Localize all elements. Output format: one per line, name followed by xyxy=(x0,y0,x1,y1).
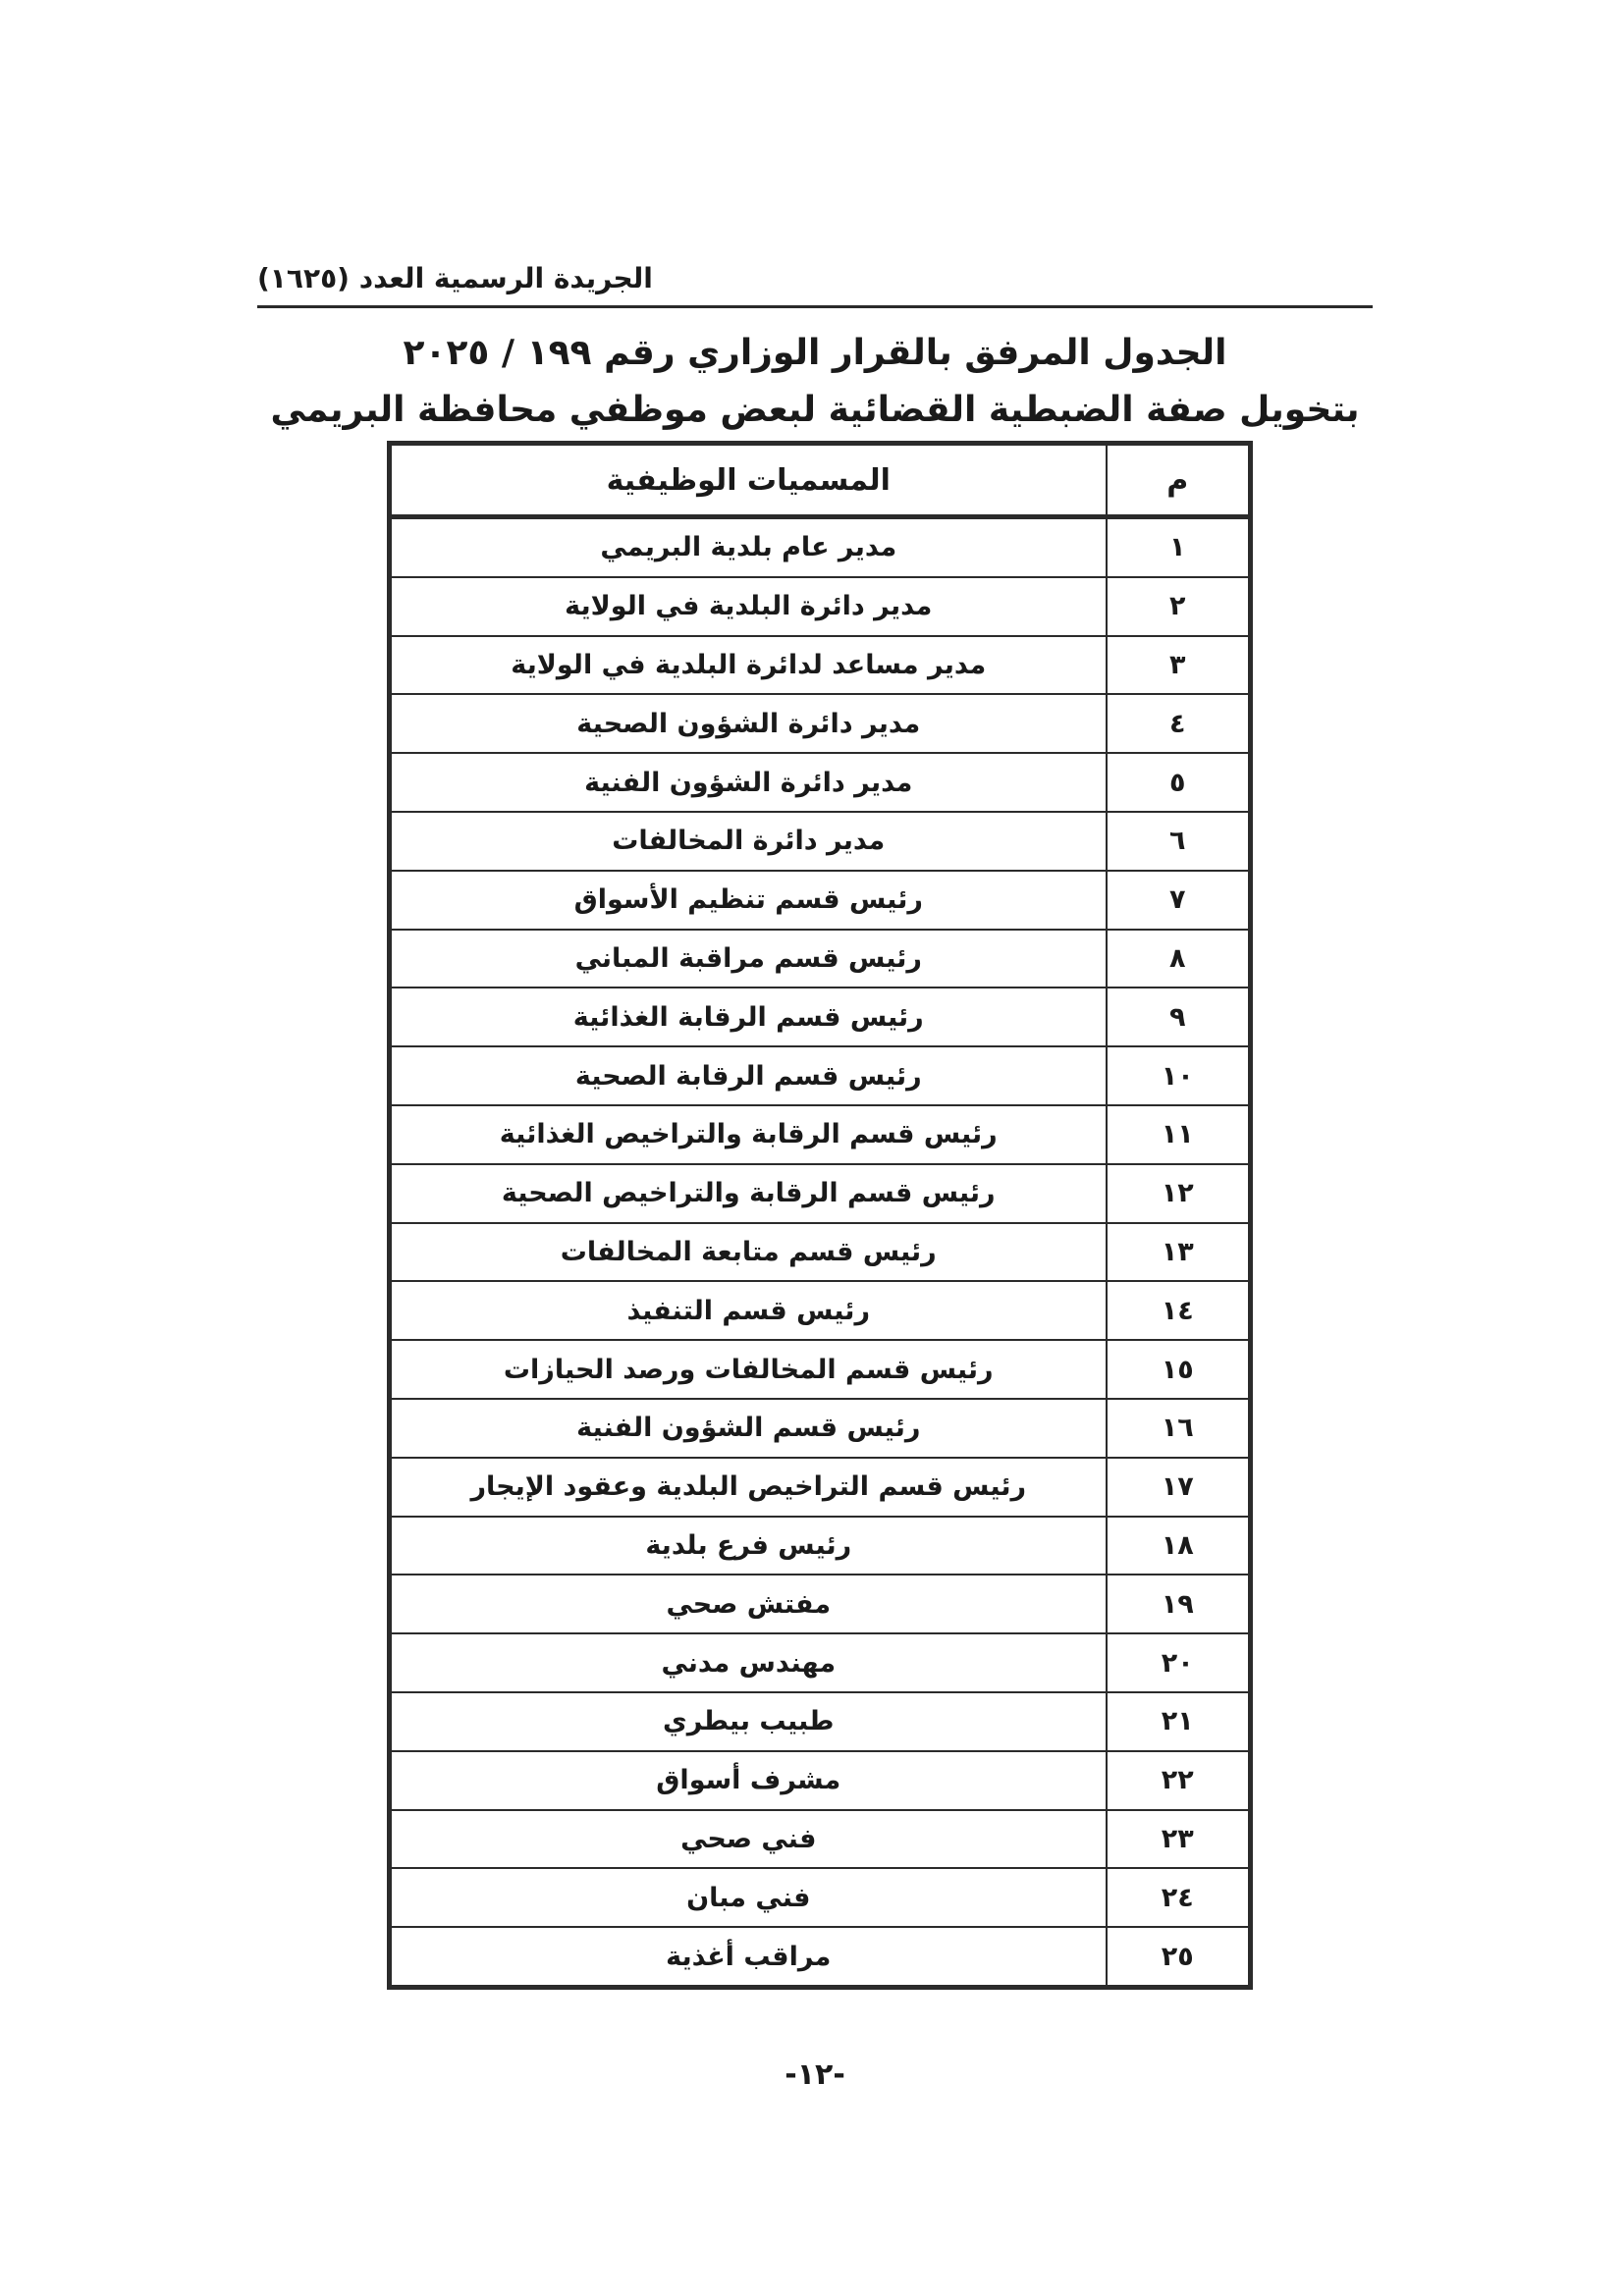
table-row: ٧رئيس قسم تنظيم الأسواق xyxy=(390,871,1251,930)
page-number: -١٢- xyxy=(257,2054,1373,2097)
row-number: ١١ xyxy=(1107,1105,1251,1164)
row-number: ٢٤ xyxy=(1107,1868,1251,1927)
table-row: ١٠رئيس قسم الرقابة الصحية xyxy=(390,1046,1251,1105)
job-titles-table-container: م المسميات الوظيفية ١مدير عام بلدية البر… xyxy=(392,441,1253,1990)
row-number: ٧ xyxy=(1107,871,1251,930)
table-row: ١٧رئيس قسم التراخيص البلدية وعقود الإيجا… xyxy=(390,1458,1251,1517)
row-number: ١٥ xyxy=(1107,1340,1251,1399)
row-job-title: رئيس فرع بلدية xyxy=(390,1517,1107,1575)
row-job-title: مدير دائرة المخالفات xyxy=(390,812,1107,871)
row-number: ١٢ xyxy=(1107,1164,1251,1223)
row-number: ٢ xyxy=(1107,577,1251,636)
row-number: ٢٥ xyxy=(1107,1927,1251,1987)
table-row: ١٦رئيس قسم الشؤون الفنية xyxy=(390,1399,1251,1458)
row-number: ١٨ xyxy=(1107,1517,1251,1575)
row-job-title: مهندس مدني xyxy=(390,1633,1107,1692)
row-job-title: رئيس قسم الشؤون الفنية xyxy=(390,1399,1107,1458)
row-job-title: رئيس قسم التراخيص البلدية وعقود الإيجار xyxy=(390,1458,1107,1517)
header-rule xyxy=(257,305,1373,308)
table-row: ٨رئيس قسم مراقبة المباني xyxy=(390,930,1251,988)
table-row: ٦مدير دائرة المخالفات xyxy=(390,812,1251,871)
document-title-line-1: الجدول المرفق بالقرار الوزاري رقم ١٩٩ / … xyxy=(257,326,1373,381)
document-title-line-2: بتخويل صفة الضبطية القضائية لبعض موظفي م… xyxy=(257,383,1373,438)
page-header: الجريدة الرسمية العدد (١٦٢٥) xyxy=(257,257,1373,308)
row-number: ١٣ xyxy=(1107,1223,1251,1282)
table-row: ٢٤فني مبان xyxy=(390,1868,1251,1927)
column-header-number: م xyxy=(1107,444,1251,517)
table-row: ١٩مفتش صحي xyxy=(390,1575,1251,1633)
row-job-title: رئيس قسم التنفيذ xyxy=(390,1281,1107,1340)
table-row: ٣مدير مساعد لدائرة البلدية في الولاية xyxy=(390,636,1251,695)
row-job-title: فني مبان xyxy=(390,1868,1107,1927)
table-row: ١٤رئيس قسم التنفيذ xyxy=(390,1281,1251,1340)
gazette-title: الجريدة الرسمية العدد (١٦٢٥) xyxy=(257,257,653,300)
table-header-row: م المسميات الوظيفية xyxy=(390,444,1251,517)
row-number: ١٤ xyxy=(1107,1281,1251,1340)
table-row: ٢١طبيب بيطري xyxy=(390,1692,1251,1751)
row-job-title: رئيس قسم الرقابة والتراخيص الغذائية xyxy=(390,1105,1107,1164)
row-number: ٩ xyxy=(1107,988,1251,1046)
row-number: ٢١ xyxy=(1107,1692,1251,1751)
table-row: ٥مدير دائرة الشؤون الفنية xyxy=(390,753,1251,812)
table-row: ٢٣فني صحي xyxy=(390,1810,1251,1869)
row-number: ٢٣ xyxy=(1107,1810,1251,1869)
row-job-title: مدير دائرة الشؤون الصحية xyxy=(390,694,1107,753)
row-number: ١ xyxy=(1107,517,1251,577)
row-job-title: مراقب أغذية xyxy=(390,1927,1107,1987)
table-row: ٢٢مشرف أسواق xyxy=(390,1751,1251,1810)
row-job-title: رئيس قسم الرقابة الصحية xyxy=(390,1046,1107,1105)
row-number: ٤ xyxy=(1107,694,1251,753)
column-header-job-title: المسميات الوظيفية xyxy=(390,444,1107,517)
row-number: ١٦ xyxy=(1107,1399,1251,1458)
table-row: ١٨رئيس فرع بلدية xyxy=(390,1517,1251,1575)
row-number: ١٠ xyxy=(1107,1046,1251,1105)
job-titles-table: م المسميات الوظيفية ١مدير عام بلدية البر… xyxy=(387,441,1253,1990)
row-number: ٥ xyxy=(1107,753,1251,812)
row-number: ٣ xyxy=(1107,636,1251,695)
table-row: ٢٥مراقب أغذية xyxy=(390,1927,1251,1987)
row-number: ١٧ xyxy=(1107,1458,1251,1517)
row-job-title: مدير عام بلدية البريمي xyxy=(390,517,1107,577)
row-number: ٨ xyxy=(1107,930,1251,988)
table-row: ١٥رئيس قسم المخالفات ورصد الحيازات xyxy=(390,1340,1251,1399)
row-job-title: مدير مساعد لدائرة البلدية في الولاية xyxy=(390,636,1107,695)
row-job-title: رئيس قسم مراقبة المباني xyxy=(390,930,1107,988)
row-number: ٢٠ xyxy=(1107,1633,1251,1692)
row-job-title: مفتش صحي xyxy=(390,1575,1107,1633)
table-row: ١مدير عام بلدية البريمي xyxy=(390,517,1251,577)
row-job-title: رئيس قسم تنظيم الأسواق xyxy=(390,871,1107,930)
table-row: ١١رئيس قسم الرقابة والتراخيص الغذائية xyxy=(390,1105,1251,1164)
table-body: ١مدير عام بلدية البريمي٢مدير دائرة البلد… xyxy=(390,517,1251,1988)
row-job-title: مدير دائرة الشؤون الفنية xyxy=(390,753,1107,812)
table-row: ٢٠مهندس مدني xyxy=(390,1633,1251,1692)
row-number: ١٩ xyxy=(1107,1575,1251,1633)
row-number: ٦ xyxy=(1107,812,1251,871)
row-job-title: فني صحي xyxy=(390,1810,1107,1869)
table-row: ٢مدير دائرة البلدية في الولاية xyxy=(390,577,1251,636)
row-job-title: طبيب بيطري xyxy=(390,1692,1107,1751)
row-job-title: رئيس قسم الرقابة والتراخيص الصحية xyxy=(390,1164,1107,1223)
table-row: ١٣رئيس قسم متابعة المخالفات xyxy=(390,1223,1251,1282)
row-job-title: رئيس قسم الرقابة الغذائية xyxy=(390,988,1107,1046)
table-row: ١٢رئيس قسم الرقابة والتراخيص الصحية xyxy=(390,1164,1251,1223)
row-job-title: رئيس قسم المخالفات ورصد الحيازات xyxy=(390,1340,1107,1399)
row-number: ٢٢ xyxy=(1107,1751,1251,1810)
row-job-title: مشرف أسواق xyxy=(390,1751,1107,1810)
table-row: ٤مدير دائرة الشؤون الصحية xyxy=(390,694,1251,753)
row-job-title: مدير دائرة البلدية في الولاية xyxy=(390,577,1107,636)
row-job-title: رئيس قسم متابعة المخالفات xyxy=(390,1223,1107,1282)
table-row: ٩رئيس قسم الرقابة الغذائية xyxy=(390,988,1251,1046)
